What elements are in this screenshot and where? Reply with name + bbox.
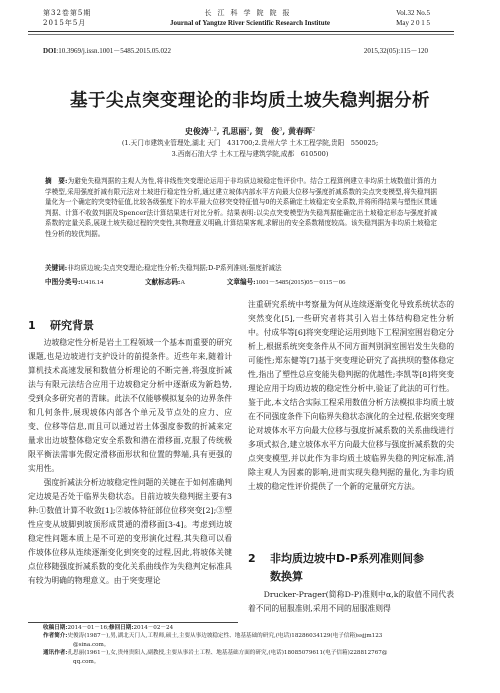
corresponding-author-cont: qq.com。 [43, 658, 463, 666]
article-number: 文章编号:1001－5485(2015)05－0115－06 [227, 279, 346, 286]
revised-date: 2014－02－24 [133, 625, 173, 631]
received-date: 2014－01－16 [67, 625, 107, 631]
abstract-text: 为避免失稳判据的主观人为性,将非线性突变理论运用于非均质边坡稳定性评价中。结合工… [45, 177, 437, 238]
abstract: 摘 要:为避免失稳判据的主观人为性,将非线性突变理论运用于非均质边坡稳定性评价中… [45, 176, 437, 240]
document-code: 文献标志码:A [145, 279, 185, 286]
section-heading-1: 1研究背景 [28, 318, 94, 334]
author: 孔思丽 [222, 126, 246, 136]
dates-line: 收稿日期:2014－01－16;修回日期:2014－02－24 [43, 624, 463, 632]
section-number: 1 [28, 318, 50, 334]
header-rule-thin [28, 34, 454, 35]
section-number: 2 [248, 550, 270, 568]
citation: 2015,32(05):115－120 [364, 46, 428, 56]
journal-name-en: Journal of Yangtze River Scientific Rese… [150, 18, 350, 28]
clc-number: 中图分类号:U416.14 [45, 279, 103, 286]
paragraph: 强度折减法分析边坡稳定性问题的关键在于如何准确判定边坡是否处于临界失稳状态。目前… [28, 476, 232, 588]
right-column: 注重研究系统中考察量为何从连续逐渐变化导致系统状态的突然变化[5],一些研究者将… [248, 298, 454, 494]
author: 黄春晖 [288, 126, 312, 136]
footnote-rule [28, 622, 238, 623]
journal-name: 长江科学院院报 Journal of Yangtze River Scienti… [150, 8, 350, 28]
paragraph: Drucker-Prager(简称D-P)准则中α,k的取值不同代表着不同的屈服… [248, 588, 454, 616]
paper-title: 基于尖点突变理论的非均质土坡失稳判据分析 [0, 87, 500, 112]
author-bio-cont: @sina.com。 [43, 641, 463, 649]
author: 史俊涛 [185, 126, 209, 136]
keywords-text: 非均质边坡;尖点突变理论;稳定性分析;失稳判据;D-P系列准则;强度折减法 [67, 264, 281, 272]
issue-volume: 第32卷第5期 [43, 8, 91, 18]
section-title: 非均质边坡中D-P系列准则间参 [270, 552, 424, 565]
issue-volume-en: Vol.32 No.5 [396, 8, 430, 18]
journal-issue: 第32卷第5期 2015年5月 [43, 8, 91, 28]
abstract-label: 摘 要: [45, 177, 67, 185]
author: 贺 俊 [255, 126, 279, 136]
footnotes: 收稿日期:2014－01－16;修回日期:2014－02－24 作者简介:史俊涛… [43, 624, 463, 666]
affiliation-line: 3.西南石油大学 土木工程与建筑学院,成都 610500) [0, 149, 500, 160]
issue-date-en: May 2 0 1 5 [396, 18, 430, 28]
author-bio: 作者简介:史俊涛(1987－),男,湖北天门人,工程师,硕士,主要从事边坡稳定性… [43, 632, 463, 640]
affiliation-line: (1.天门市建筑业管理处,湖北 天门 431700;2.贵州大学 土木工程学院,… [0, 138, 500, 149]
keywords: 关键词:非均质边坡;尖点突变理论;稳定性分析;失稳判据;D-P系列准则;强度折减… [45, 263, 437, 273]
section-title: 研究背景 [50, 319, 94, 332]
author-affiliation-mark: 1,2 [209, 126, 217, 132]
paragraph: 注重研究系统中考察量为何从连续逐渐变化导致系统状态的突然变化[5],一些研究者将… [248, 298, 454, 494]
author-list: 史俊涛1,2, 孔思丽2, 贺 俊3, 黄春晖2 [0, 126, 500, 137]
affiliations: (1.天门市建筑业管理处,湖北 天门 431700;2.贵州大学 土木工程学院,… [0, 138, 500, 160]
issue-date: 2015年5月 [43, 18, 91, 28]
doi: DOI:10.3969/j.issn.1001－5485.2015.05.022 [43, 46, 171, 56]
section2-body: Drucker-Prager(简称D-P)准则中α,k的取值不同代表着不同的屈服… [248, 588, 454, 616]
doi-value[interactable]: 10.3969/j.issn.1001－5485.2015.05.022 [58, 47, 171, 55]
header-rule [28, 31, 454, 32]
keywords-label: 关键词: [45, 264, 67, 272]
journal-issue-en: Vol.32 No.5 May 2 0 1 5 [396, 8, 430, 28]
paragraph: 边坡稳定性分析是岩土工程领域一个基本而重要的研究课题,也是边坡进行支护设计的前提… [28, 336, 232, 476]
journal-name-cn: 长江科学院院报 [150, 8, 350, 18]
corresponding-author: 通讯作者:孔思丽(1961－),女,贵州贵阳人,副教授,主要从事岩土工程、地基基… [43, 649, 463, 657]
section-title-cont: 数换算 [248, 568, 458, 586]
left-column: 边坡稳定性分析是岩土工程领域一个基本而重要的研究课题,也是边坡进行支护设计的前提… [28, 336, 232, 588]
author-affiliation-mark: 2 [312, 126, 315, 132]
doi-label: DOI [43, 47, 56, 55]
classification-info: 中图分类号:U416.14 文献标志码:A 文章编号:1001－5485(201… [45, 277, 437, 288]
section-heading-2: 2非均质边坡中D-P系列准则间参 数换算 [248, 550, 458, 586]
